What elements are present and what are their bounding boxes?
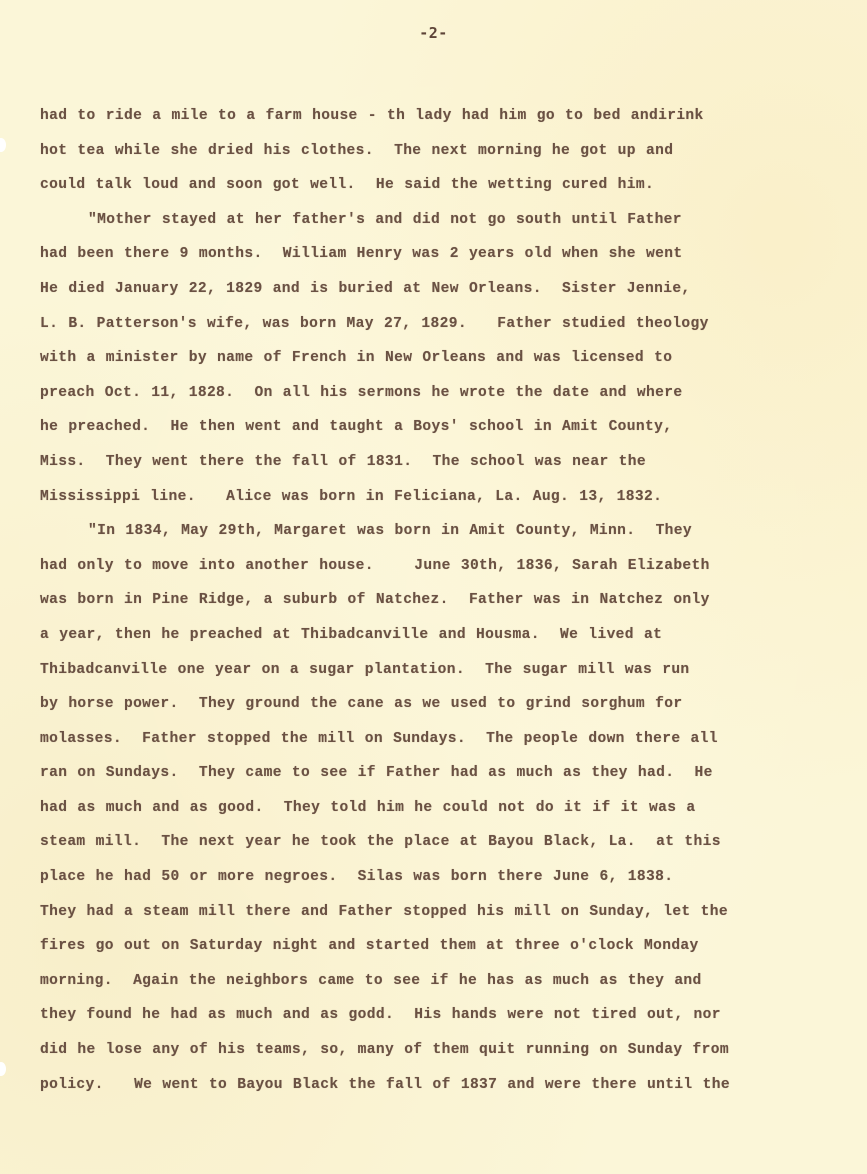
text-line: did he lose any of his teams, so, many o… — [40, 1033, 850, 1068]
text-line: Mississippi line. Alice was born in Feli… — [40, 480, 850, 515]
text-line: hot tea while she dried his clothes. The… — [40, 134, 850, 169]
text-line: He died January 22, 1829 and is buried a… — [40, 272, 850, 307]
text-line: was born in Pine Ridge, a suburb of Natc… — [40, 583, 850, 618]
text-line: had only to move into another house. Jun… — [40, 549, 850, 584]
text-line: L. B. Patterson's wife, was born May 27,… — [40, 307, 850, 342]
text-line: preach Oct. 11, 1828. On all his sermons… — [40, 376, 850, 411]
text-line: had been there 9 months. William Henry w… — [40, 237, 850, 272]
typewritten-body: had to ride a mile to a farm house - th … — [40, 99, 850, 1102]
text-line: a year, then he preached at Thibadcanvil… — [40, 618, 850, 653]
text-line: with a minister by name of French in New… — [40, 341, 850, 376]
text-line: they found he had as much and as godd. H… — [40, 998, 850, 1033]
text-line: ran on Sundays. They came to see if Fath… — [40, 756, 850, 791]
text-line: by horse power. They ground the cane as … — [40, 687, 850, 722]
text-line: could talk loud and soon got well. He sa… — [40, 168, 850, 203]
text-line: Thibadcanville one year on a sugar plant… — [40, 653, 850, 688]
document-page: -2- had to ride a mile to a farm house -… — [0, 0, 867, 1174]
text-line: "In 1834, May 29th, Margaret was born in… — [40, 514, 850, 549]
text-line: steam mill. The next year he took the pl… — [40, 825, 850, 860]
text-line: morning. Again the neighbors came to see… — [40, 964, 850, 999]
punch-hole-mark — [0, 1062, 6, 1076]
text-line: Miss. They went there the fall of 1831. … — [40, 445, 850, 480]
text-line: fires go out on Saturday night and start… — [40, 929, 850, 964]
text-line: had as much and as good. They told him h… — [40, 791, 850, 826]
text-line: he preached. He then went and taught a B… — [40, 410, 850, 445]
text-line: They had a steam mill there and Father s… — [40, 895, 850, 930]
text-line: had to ride a mile to a farm house - th … — [40, 99, 850, 134]
text-line: molasses. Father stopped the mill on Sun… — [40, 722, 850, 757]
punch-hole-mark — [0, 138, 6, 152]
text-line: policy. We went to Bayou Black the fall … — [40, 1068, 850, 1103]
text-line: "Mother stayed at her father's and did n… — [40, 203, 850, 238]
page-number: -2- — [0, 24, 867, 42]
text-line: place he had 50 or more negroes. Silas w… — [40, 860, 850, 895]
